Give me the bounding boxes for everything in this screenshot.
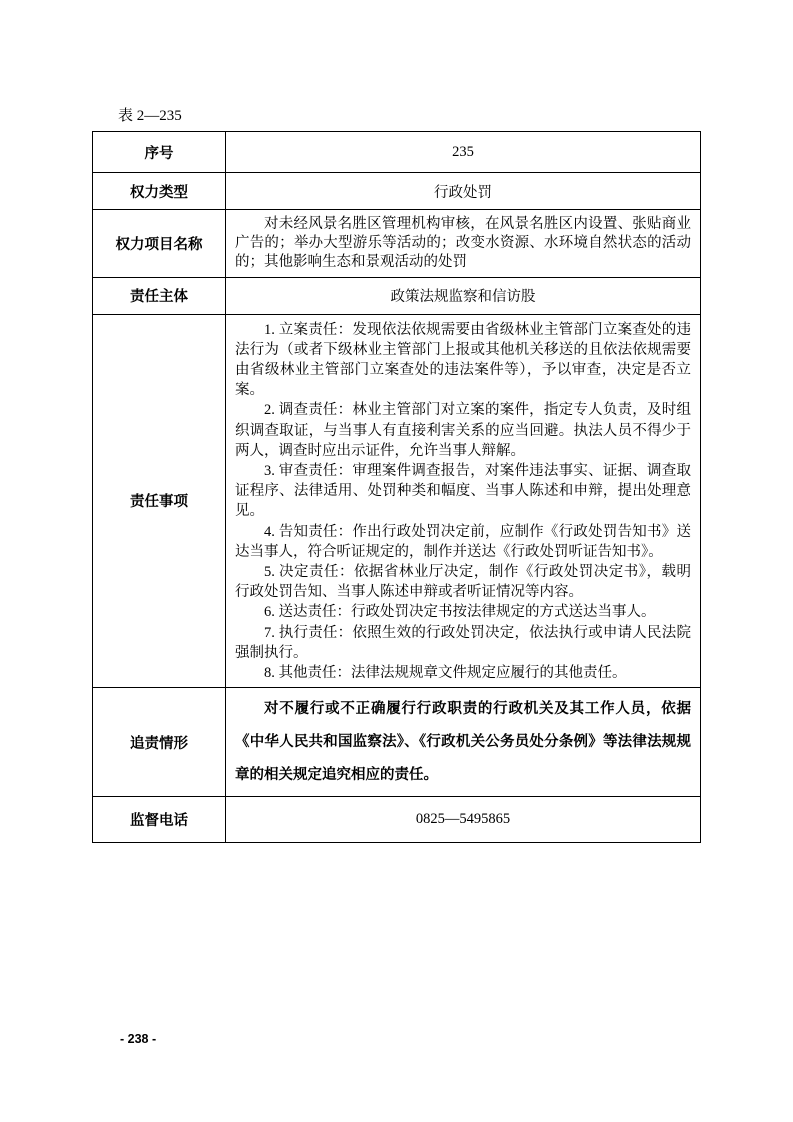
power-responsibility-table: 序号 235 权力类型 行政处罚 权力项目名称 对未经风景名胜区管理机构审核，在… xyxy=(92,131,701,843)
duty-item-4: 4. 告知责任：作出行政处罚决定前，应制作《行政处罚告知书》送达当事人，符合听证… xyxy=(235,522,691,562)
duty-item-8: 8. 其他责任：法律法规规章文件规定应履行的其他责任。 xyxy=(235,663,691,683)
row-value-serial-number: 235 xyxy=(226,132,701,173)
row-label-serial-number: 序号 xyxy=(93,132,226,173)
table-row-accountability: 追责情形 对不履行或不正确履行行政职责的行政机关及其工作人员，依据《中华人民共和… xyxy=(93,688,701,797)
row-value-power-type: 行政处罚 xyxy=(226,173,701,210)
accountability-text: 对不履行或不正确履行行政职责的行政机关及其工作人员，依据《中华人民共和国监察法》… xyxy=(235,693,691,792)
table-caption: 表 2—235 xyxy=(118,107,182,125)
duty-item-2: 2. 调查责任：林业主管部门对立案的案件，指定专人负责，及时组织调查取证，与当事… xyxy=(235,400,691,461)
row-label-responsible-body: 责任主体 xyxy=(93,277,226,314)
table-row-supervision-phone: 监督电话 0825—5495865 xyxy=(93,797,701,843)
document-page: 表 2—235 序号 235 权力类型 行政处罚 权力项目名称 对未经风景名胜区… xyxy=(0,0,793,1122)
row-label-power-type: 权力类型 xyxy=(93,173,226,210)
row-label-responsibility-items: 责任事项 xyxy=(93,314,226,688)
power-item-name-text: 对未经风景名胜区管理机构审核，在风景名胜区内设置、张贴商业广告的；举办大型游乐等… xyxy=(235,215,691,273)
row-value-supervision-phone: 0825—5495865 xyxy=(226,797,701,843)
duty-item-3: 3. 审查责任：审理案件调查报告，对案件违法事实、证据、调查取证程序、法律适用、… xyxy=(235,461,691,522)
row-label-supervision-phone: 监督电话 xyxy=(93,797,226,843)
table-row-power-item-name: 权力项目名称 对未经风景名胜区管理机构审核，在风景名胜区内设置、张贴商业广告的；… xyxy=(93,210,701,278)
table-row-power-type: 权力类型 行政处罚 xyxy=(93,173,701,210)
row-label-accountability: 追责情形 xyxy=(93,688,226,797)
row-value-accountability: 对不履行或不正确履行行政职责的行政机关及其工作人员，依据《中华人民共和国监察法》… xyxy=(226,688,701,797)
row-label-power-item-name: 权力项目名称 xyxy=(93,210,226,278)
row-value-power-item-name: 对未经风景名胜区管理机构审核，在风景名胜区内设置、张贴商业广告的；举办大型游乐等… xyxy=(226,210,701,278)
duty-item-1: 1. 立案责任：发现依法依规需要由省级林业主管部门立案查处的违法行为（或者下级林… xyxy=(235,320,691,401)
row-value-responsibility-items: 1. 立案责任：发现依法依规需要由省级林业主管部门立案查处的违法行为（或者下级林… xyxy=(226,314,701,688)
duty-item-7: 7. 执行责任：依照生效的行政处罚决定，依法执行或申请人民法院强制执行。 xyxy=(235,623,691,663)
table-row-serial-number: 序号 235 xyxy=(93,132,701,173)
table-row-responsibility-items: 责任事项 1. 立案责任：发现依法依规需要由省级林业主管部门立案查处的违法行为（… xyxy=(93,314,701,688)
duty-item-5: 5. 决定责任：依据省林业厅决定，制作《行政处罚决定书》，载明行政处罚告知、当事… xyxy=(235,562,691,602)
table-row-responsible-body: 责任主体 政策法规监察和信访股 xyxy=(93,277,701,314)
duty-item-6: 6. 送达责任：行政处罚决定书按法律规定的方式送达当事人。 xyxy=(235,602,691,622)
row-value-responsible-body: 政策法规监察和信访股 xyxy=(226,277,701,314)
page-number: - 238 - xyxy=(120,1032,156,1046)
